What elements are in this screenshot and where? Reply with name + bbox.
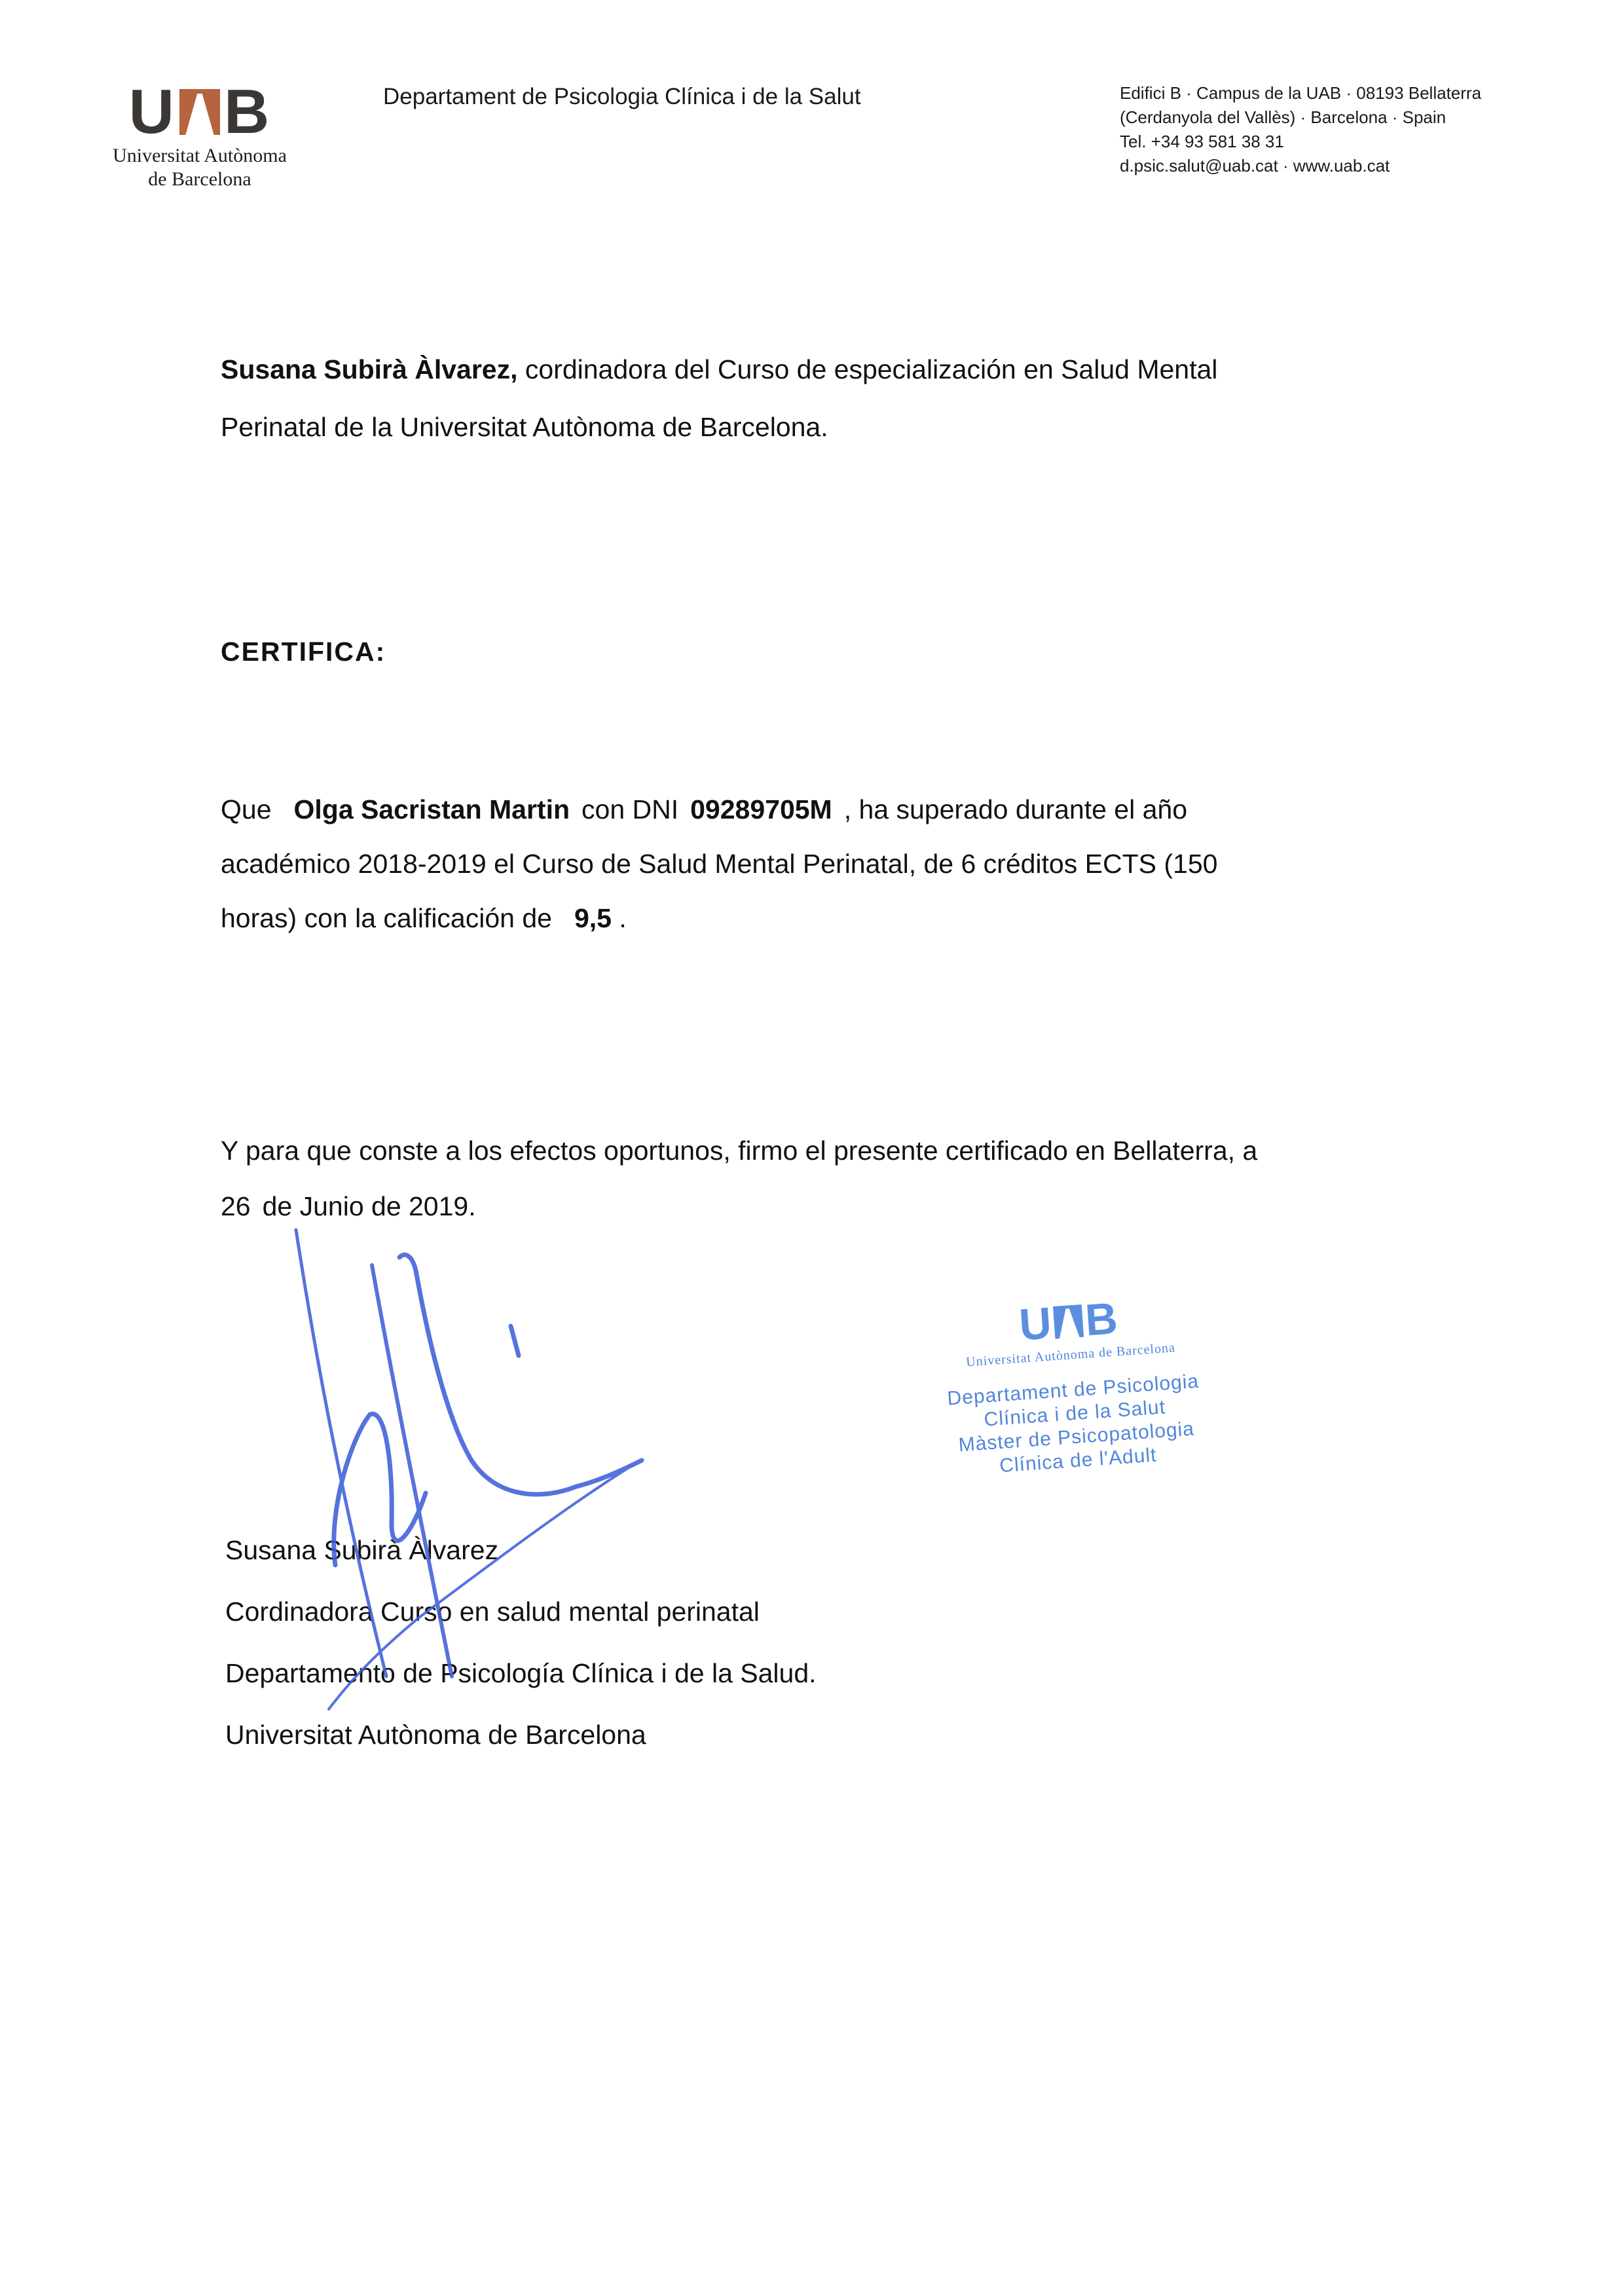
- logo-university-name: Universitat Autònoma de Barcelona: [92, 144, 308, 191]
- contact-address-line1: Edifici B · Campus de la UAB · 08193 Bel…: [1120, 81, 1481, 105]
- logo-letter-a-shape: [179, 89, 220, 135]
- dni-label: con DNI: [581, 794, 678, 824]
- que-word: Que: [221, 794, 272, 824]
- intro-line2: Perinatal de la Universitat Autònoma de …: [221, 398, 1217, 456]
- certification-line1: QueOlga Sacristan Martincon DNI09289705M…: [221, 783, 1217, 837]
- signer-name: Susana Subirà Àlvarez,: [221, 354, 517, 384]
- contact-phone: Tel. +34 93 581 38 31: [1120, 130, 1481, 154]
- stamp-text: Departament de Psicologia Clínica i de l…: [902, 1367, 1249, 1485]
- student-name: Olga Sacristan Martin: [294, 794, 570, 824]
- closing-paragraph: Y para que conste a los efectos oportuno…: [221, 1123, 1257, 1234]
- closing-line1: Y para que conste a los efectos oportuno…: [221, 1123, 1257, 1179]
- intro-line1: Susana Subirà Àlvarez, cordinadora del C…: [221, 341, 1217, 398]
- grade-value: 9,5: [574, 903, 612, 933]
- signature-role: Cordinadora Curso en salud mental perina…: [225, 1581, 817, 1642]
- certification-line2: académico 2018-2019 el Curso de Salud Me…: [221, 837, 1217, 891]
- signature-block: Susana Subirà Àlvarez Cordinadora Curso …: [225, 1519, 817, 1765]
- stamp-letter-a-shape: [1053, 1304, 1084, 1339]
- stamp-letter-b: B: [1084, 1299, 1118, 1340]
- date-rest: de Junio de 2019.: [263, 1191, 476, 1221]
- department-stamp: U B Universitat Autònoma de Barcelona De…: [896, 1272, 1252, 1530]
- contact-block: Edifici B · Campus de la UAB · 08193 Bel…: [1120, 81, 1481, 178]
- logo-letter-b: B: [224, 85, 270, 139]
- stamp-letter-u: U: [1018, 1303, 1052, 1344]
- department-title: Departament de Psicologia Clínica i de l…: [383, 84, 861, 110]
- grade-label: horas) con la calificación de: [221, 903, 552, 933]
- signature-university: Universitat Autònoma de Barcelona: [225, 1704, 817, 1765]
- signature-name: Susana Subirà Àlvarez: [225, 1519, 817, 1581]
- certification-line3: horas) con la calificación de9,5 .: [221, 891, 1217, 946]
- intro-paragraph: Susana Subirà Àlvarez, cordinadora del C…: [221, 341, 1217, 456]
- signature-department: Departamento de Psicología Clínica i de …: [225, 1642, 817, 1704]
- uab-logo-mark: U B: [92, 85, 308, 139]
- certification-line1-text: , ha superado durante el año: [844, 794, 1187, 824]
- grade-period: .: [619, 903, 626, 933]
- certifica-heading: CERTIFICA:: [221, 637, 386, 667]
- certification-paragraph: QueOlga Sacristan Martincon DNI09289705M…: [221, 783, 1217, 946]
- date-day: 26: [221, 1191, 251, 1221]
- logo-letter-u: U: [129, 85, 175, 139]
- logo-name-line2: de Barcelona: [92, 168, 308, 191]
- logo-name-line1: Universitat Autònoma: [92, 144, 308, 168]
- contact-email-web: d.psic.salut@uab.cat · www.uab.cat: [1120, 154, 1481, 178]
- dni-value: 09289705M: [690, 794, 832, 824]
- uab-logo: U B Universitat Autònoma de Barcelona: [92, 85, 308, 191]
- intro-line1-text: cordinadora del Curso de especialización…: [517, 354, 1217, 384]
- closing-date-line: 26de Junio de 2019.: [221, 1179, 1257, 1234]
- contact-address-line2: (Cerdanyola del Vallès) · Barcelona · Sp…: [1120, 105, 1481, 130]
